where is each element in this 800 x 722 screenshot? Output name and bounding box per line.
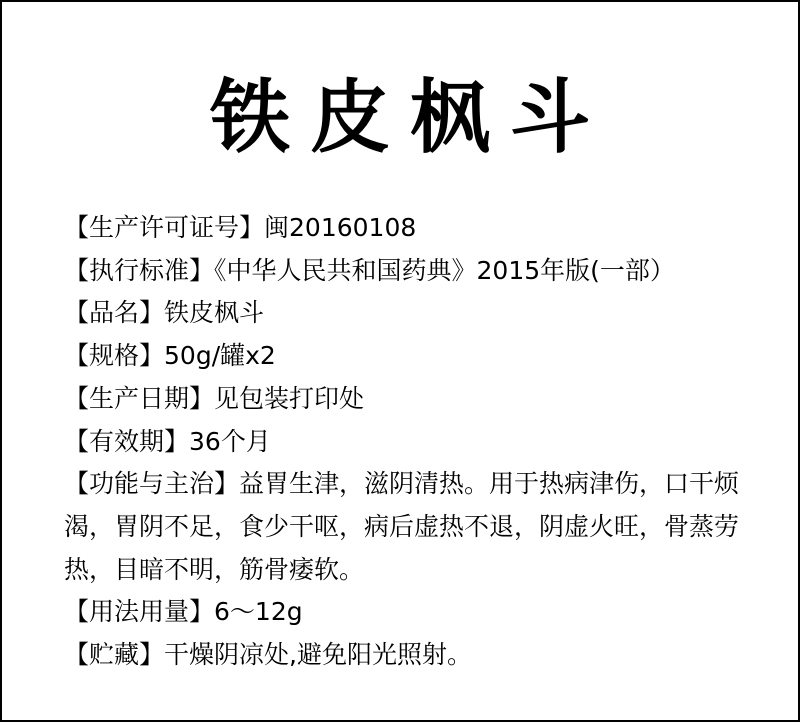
field-label: 【用法用量】 xyxy=(64,597,214,626)
field-label: 【品名】 xyxy=(64,298,164,327)
field-license-number: 【生产许可证号】闽20160108 xyxy=(64,207,744,250)
field-value: 50g/罐x2 xyxy=(164,341,276,370)
product-title: 铁皮枫斗 xyxy=(2,70,798,166)
field-dosage: 【用法用量】6～12g xyxy=(64,591,744,634)
field-product-name: 【品名】铁皮枫斗 xyxy=(64,292,744,335)
field-label: 【生产许可证号】 xyxy=(64,213,264,242)
field-label: 【贮藏】 xyxy=(64,640,164,669)
field-value: 铁皮枫斗 xyxy=(164,298,264,327)
field-value: 见包装打印处 xyxy=(214,384,364,413)
field-specification: 【规格】50g/罐x2 xyxy=(64,335,744,378)
field-label: 【功能与主治】 xyxy=(64,469,239,498)
field-standard: 【执行标准】《中华人民共和国药典》2015年版(一部） xyxy=(64,250,744,293)
field-value: 闽20160108 xyxy=(264,213,416,242)
product-label: 铁皮枫斗 【生产许可证号】闽20160108 【执行标准】《中华人民共和国药典》… xyxy=(0,0,800,722)
field-production-date: 【生产日期】见包装打印处 xyxy=(64,378,744,421)
field-storage: 【贮藏】干燥阴凉处,避免阳光照射。 xyxy=(64,634,744,677)
field-indications: 【功能与主治】益胃生津，滋阴清热。用于热病津伤，口干烦渴，胃阴不足，食少干呕，病… xyxy=(64,463,744,591)
field-label: 【生产日期】 xyxy=(64,384,214,413)
field-shelf-life: 【有效期】36个月 xyxy=(64,421,744,464)
field-label: 【规格】 xyxy=(64,341,164,370)
field-label: 【执行标准】 xyxy=(64,256,214,285)
field-value: 《中华人民共和国药典》2015年版(一部） xyxy=(214,256,675,285)
field-value: 36个月 xyxy=(189,427,271,456)
field-value: 干燥阴凉处,避免阳光照射。 xyxy=(164,640,472,669)
product-info-list: 【生产许可证号】闽20160108 【执行标准】《中华人民共和国药典》2015年… xyxy=(64,207,744,677)
field-value: 6～12g xyxy=(214,597,303,626)
field-label: 【有效期】 xyxy=(64,427,189,456)
